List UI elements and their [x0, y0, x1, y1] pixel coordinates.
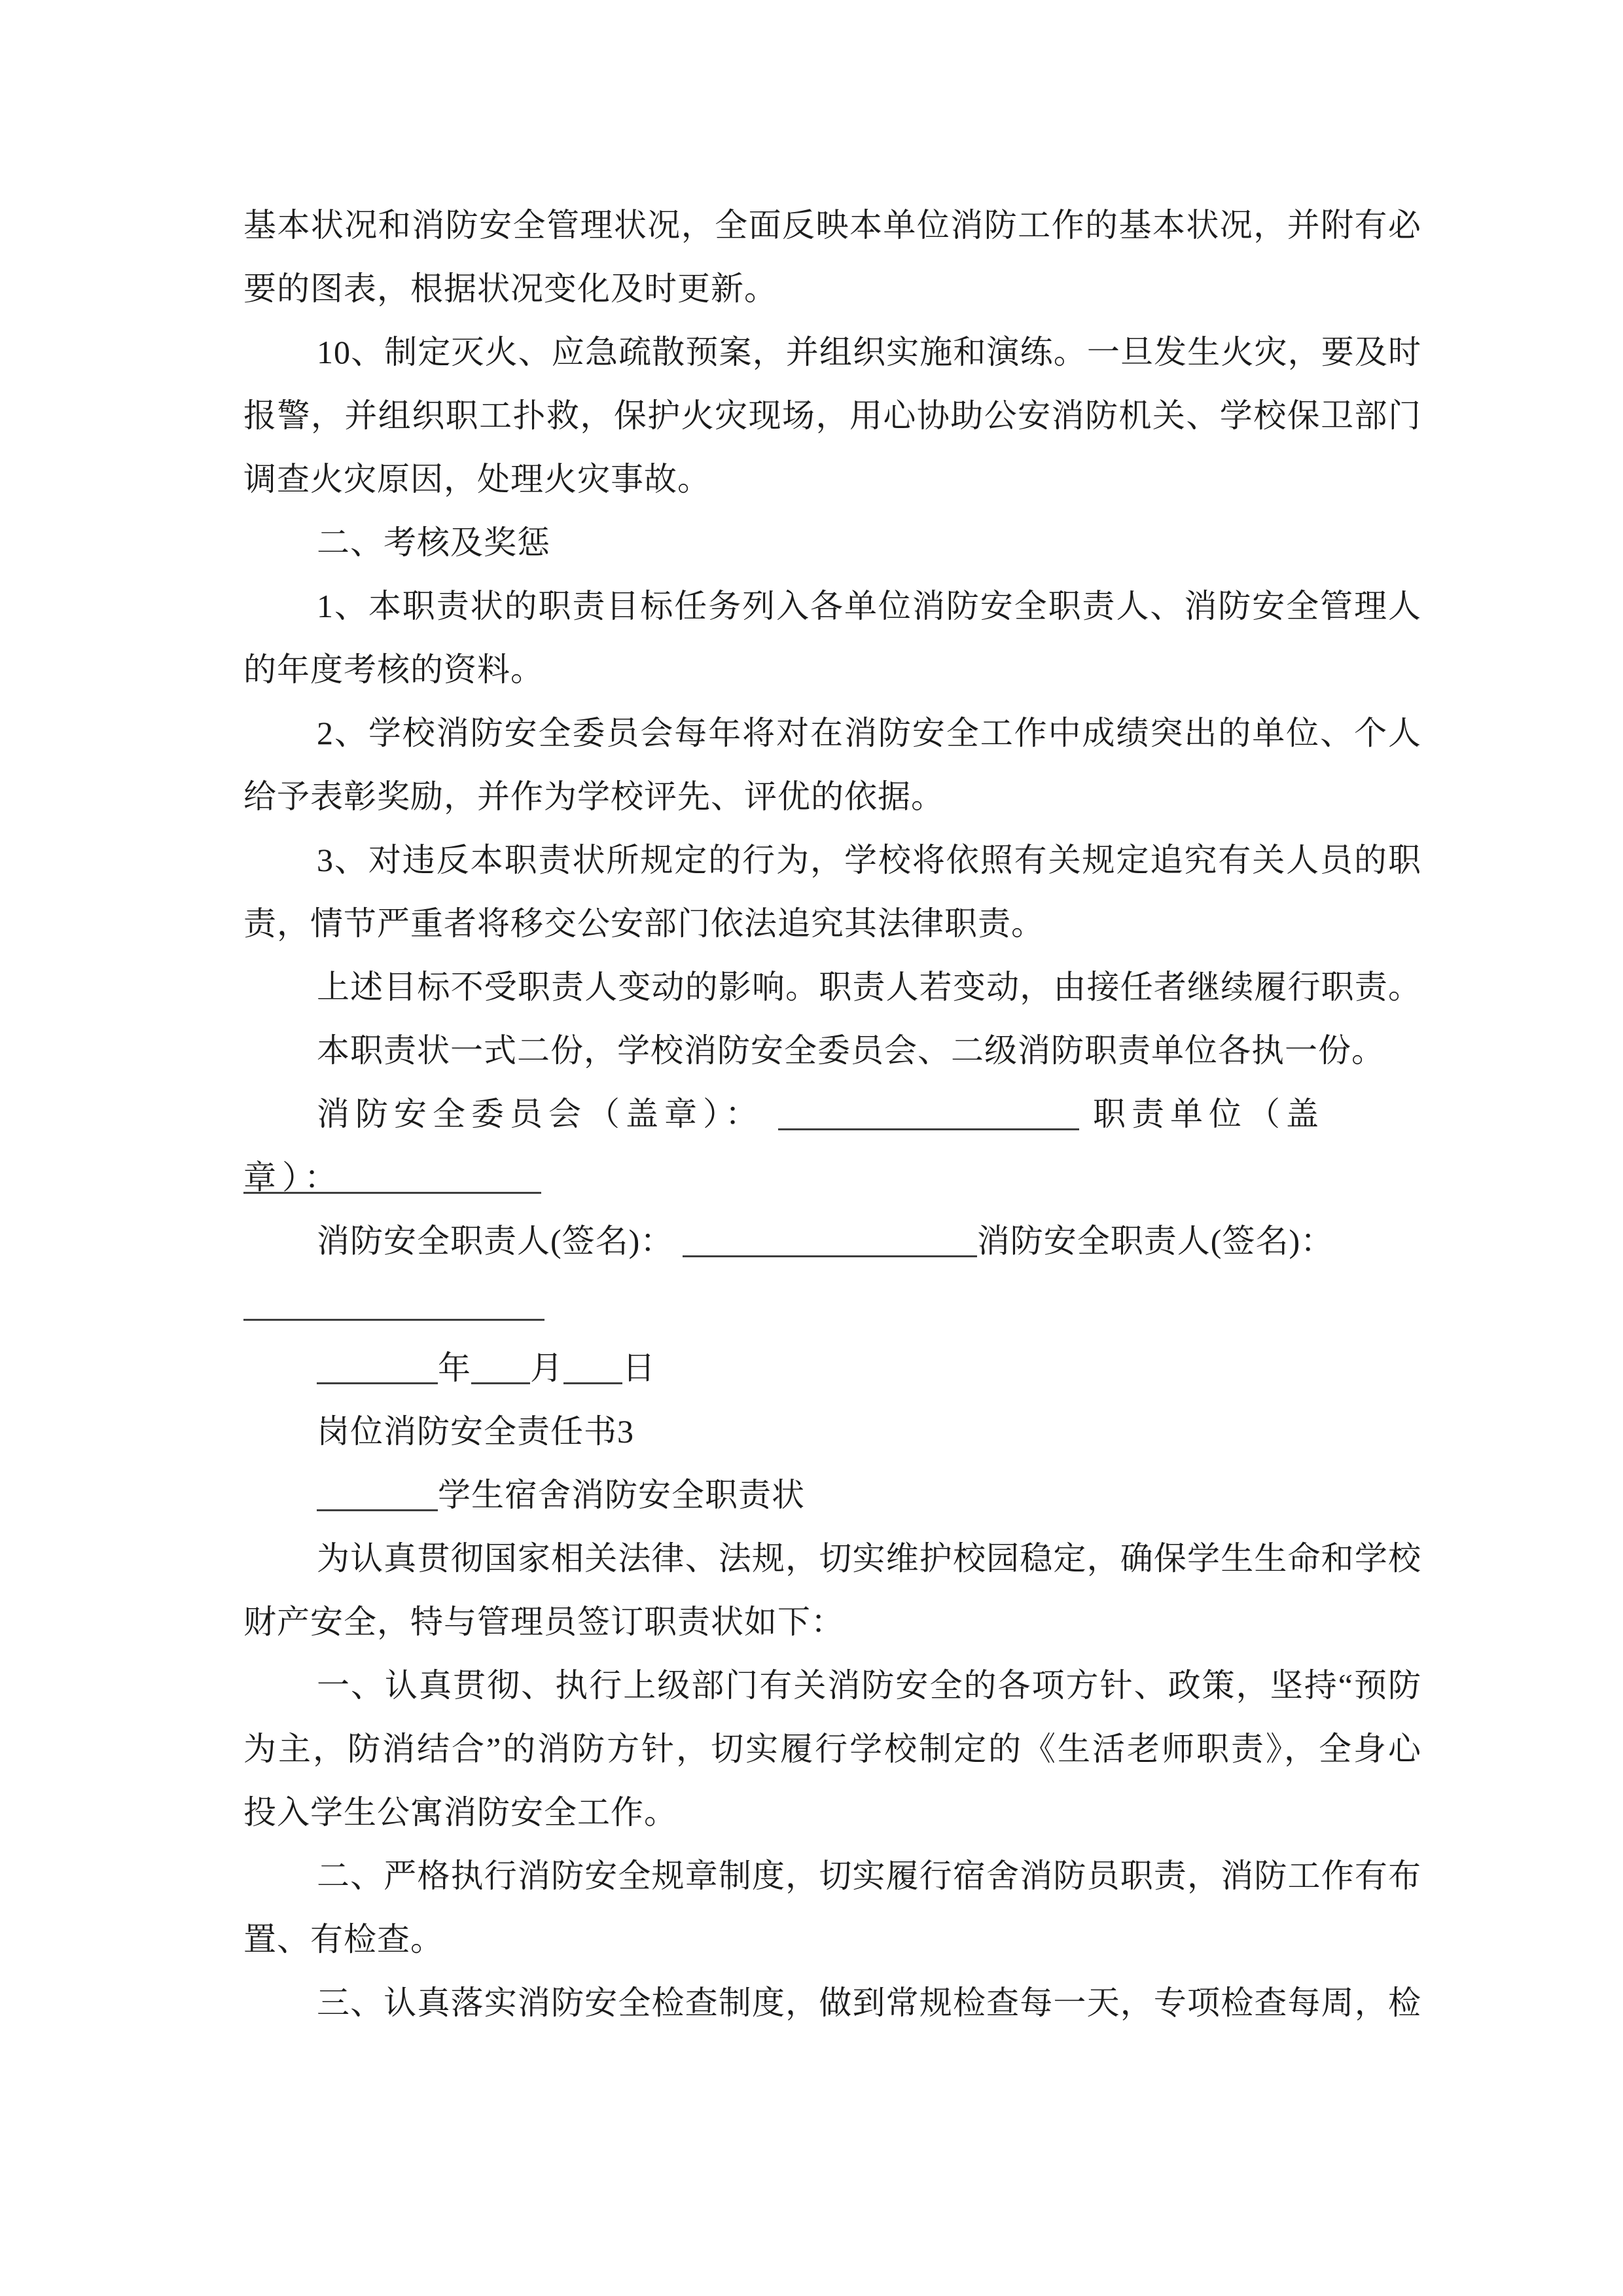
doc-text: 为主，防消结合”的消防方针，切实履行学校制定的《生活老师职责》，全身心	[243, 1731, 1421, 1767]
doc-line: 本职责状一式二份，学校消防安全委员会、二级消防职责单位各执一份。	[243, 1019, 1421, 1083]
fill-in-blank	[471, 1374, 530, 1384]
doc-line: 报警，并组织职工扑救，保护火灾现场，用心协助公安消防机关、学校保卫部门	[243, 384, 1421, 448]
doc-text: 给予表彰奖励，并作为学校评先、评优的依据。	[243, 778, 944, 815]
document-page: 基本状况和消防安全管理状况，全面反映本单位消防工作的基本状况，并附有必要的图表，…	[0, 0, 1623, 2296]
fill-in-blank	[243, 1184, 541, 1194]
doc-line: 二、严格执行消防安全规章制度，切实履行宿舍消防员职责，消防工作有布	[243, 1844, 1421, 1908]
doc-line: 置、有检查。	[243, 1908, 1421, 1971]
section-title: 岗位消防安全责任书3	[243, 1400, 1421, 1463]
doc-line: 要的图表，根据状况变化及时更新。	[243, 257, 1421, 321]
doc-text: 调查火灾原因，处理火灾事故。	[243, 461, 711, 497]
doc-text: 的年度考核的资料。	[243, 651, 544, 688]
doc-text: 上述目标不受职责人变动的影响。职责人若变动，由接任者继续履行职责。	[317, 969, 1421, 1005]
doc-text: 年	[438, 1350, 471, 1386]
doc-line: 调查火灾原因，处理火灾事故。	[243, 448, 1421, 511]
subsection-title: 学生宿舍消防安全职责状	[243, 1463, 1421, 1527]
doc-line: 2、学校消防安全委员会每年将对在消防安全工作中成绩突出的单位、个人	[243, 702, 1421, 765]
doc-text: 2、学校消防安全委员会每年将对在消防安全工作中成绩突出的单位、个人	[317, 715, 1421, 751]
fill-in-line	[243, 1273, 1421, 1336]
doc-text: 消防安全职责人(签名)：	[317, 1223, 683, 1259]
doc-text: 1、本职责状的职责目标任务列入各单位消防安全职责人、消防安全管理人	[317, 588, 1421, 624]
doc-text: 一、认真贯彻、执行上级部门有关消防安全的各项方针、政策，坚持“预防	[317, 1667, 1421, 1704]
doc-text: 置、有检查。	[243, 1921, 444, 1958]
doc-text: 责，情节严重者将移交公安部门依法追究其法律职责。	[243, 905, 1044, 942]
doc-line: 3、对违反本职责状所规定的行为，学校将依照有关规定追究有关人员的职	[243, 829, 1421, 892]
doc-line: 10、制定灭火、应急疏散预案，并组织实施和演练。一旦发生火灾，要及时	[243, 321, 1421, 384]
fill-in-line	[243, 1146, 1421, 1210]
fill-in-blank	[778, 1121, 1079, 1130]
doc-line: 1、本职责状的职责目标任务列入各单位消防安全职责人、消防安全管理人	[243, 575, 1421, 638]
fill-in-blank	[563, 1374, 622, 1384]
signer-signature-line: 消防安全职责人(签名)： 消防安全职责人(签名)：	[243, 1210, 1421, 1273]
doc-line: 责，情节严重者将移交公安部门依法追究其法律职责。	[243, 892, 1421, 956]
doc-line: 三、认真落实消防安全检查制度，做到常规检查每一天，专项检查每周，检	[243, 1971, 1421, 2035]
doc-text: 要的图表，根据状况变化及时更新。	[243, 270, 777, 307]
doc-line: 为主，防消结合”的消防方针，切实履行学校制定的《生活老师职责》，全身心	[243, 1717, 1421, 1781]
doc-line: 财产安全，特与管理员签订职责状如下：	[243, 1590, 1421, 1654]
doc-text: 投入学生公寓消防安全工作。	[243, 1794, 677, 1831]
fill-in-blank	[317, 1501, 438, 1511]
doc-text: 日	[622, 1350, 656, 1386]
document-body: 基本状况和消防安全管理状况，全面反映本单位消防工作的基本状况，并附有必要的图表，…	[243, 194, 1421, 2035]
doc-line: 为认真贯彻国家相关法律、法规，切实维护校园稳定，确保学生生命和学校	[243, 1527, 1421, 1590]
doc-text: 本职责状一式二份，学校消防安全委员会、二级消防职责单位各执一份。	[317, 1032, 1385, 1069]
section-heading: 二、考核及奖惩	[243, 511, 1421, 575]
doc-text: 报警，并组织职工扑救，保护火灾现场，用心协助公安消防机关、学校保卫部门	[243, 397, 1421, 434]
doc-text: 三、认真落实消防安全检查制度，做到常规检查每一天，专项检查每周，检	[317, 1984, 1421, 2021]
doc-line: 上述目标不受职责人变动的影响。职责人若变动，由接任者继续履行职责。	[243, 956, 1421, 1019]
fill-in-blank	[317, 1374, 438, 1384]
doc-text: 学生宿舍消防安全职责状	[438, 1477, 805, 1513]
doc-line: 投入学生公寓消防安全工作。	[243, 1781, 1421, 1844]
doc-line: 的年度考核的资料。	[243, 638, 1421, 702]
doc-text: 为认真贯彻国家相关法律、法规，切实维护校园稳定，确保学生生命和学校	[317, 1540, 1421, 1577]
doc-text: 基本状况和消防安全管理状况，全面反映本单位消防工作的基本状况，并附有必	[243, 207, 1421, 243]
fill-in-blank	[243, 1311, 544, 1321]
doc-text: 消防安全委员会（盖章）：	[317, 1096, 778, 1132]
seal-signature-line: 消防安全委员会（盖章）： 职责单位（盖章）：	[243, 1083, 1421, 1146]
doc-text: 消防安全职责人(签名)：	[977, 1223, 1334, 1259]
doc-text: 二、考核及奖惩	[317, 524, 550, 561]
doc-line: 一、认真贯彻、执行上级部门有关消防安全的各项方针、政策，坚持“预防	[243, 1654, 1421, 1717]
doc-line: 基本状况和消防安全管理状况，全面反映本单位消防工作的基本状况，并附有必	[243, 194, 1421, 257]
doc-text: 岗位消防安全责任书3	[317, 1413, 634, 1450]
doc-text: 二、严格执行消防安全规章制度，切实履行宿舍消防员职责，消防工作有布	[317, 1857, 1421, 1894]
doc-text: 3、对违反本职责状所规定的行为，学校将依照有关规定追究有关人员的职	[317, 842, 1421, 878]
doc-line: 给予表彰奖励，并作为学校评先、评优的依据。	[243, 765, 1421, 829]
doc-text: 月	[530, 1350, 563, 1386]
date-line: 年月日	[243, 1336, 1421, 1400]
doc-text: 财产安全，特与管理员签订职责状如下：	[243, 1604, 844, 1640]
fill-in-blank	[683, 1247, 977, 1257]
doc-text: 10、制定灭火、应急疏散预案，并组织实施和演练。一旦发生火灾，要及时	[317, 334, 1421, 370]
